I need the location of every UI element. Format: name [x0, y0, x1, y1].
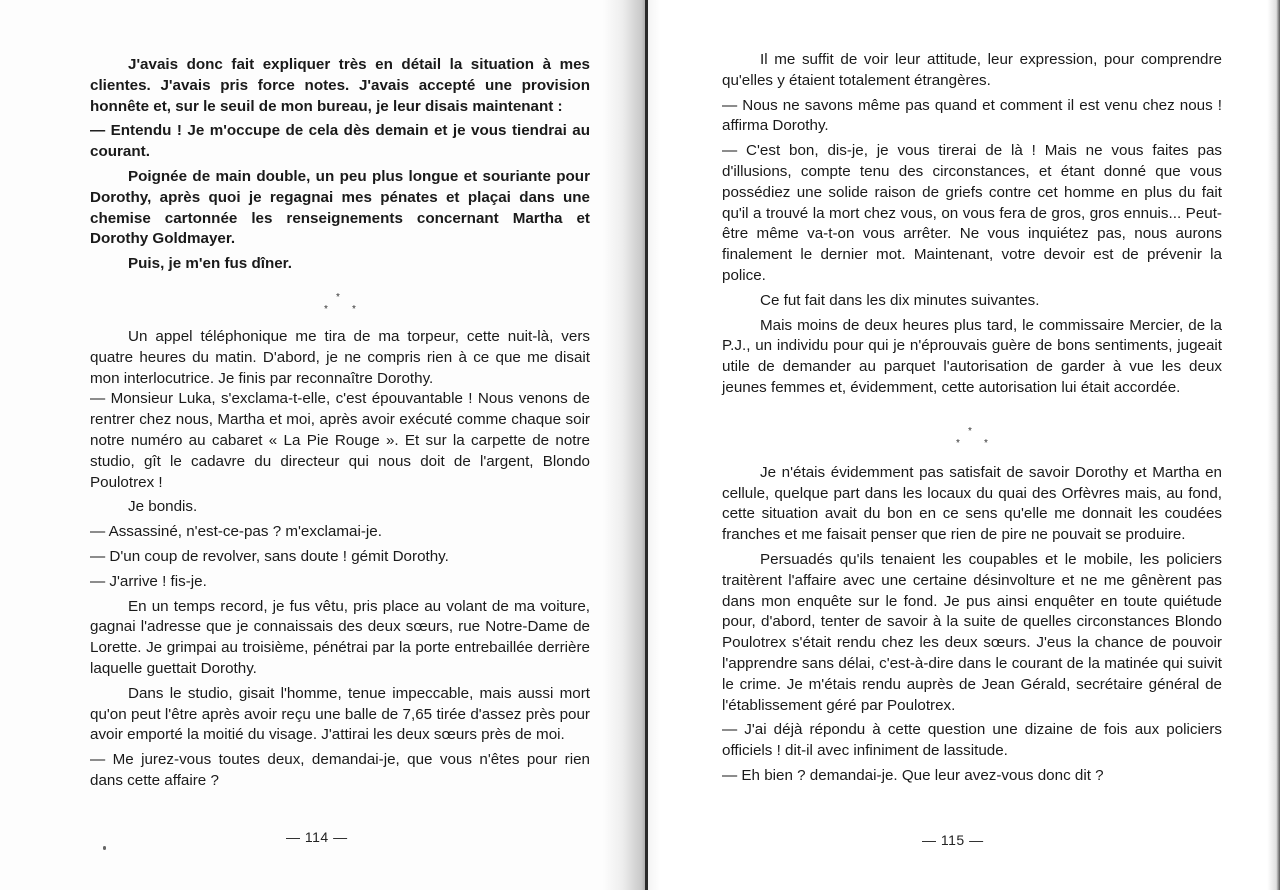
- dialog-line: — J'ai déjà répondu à cette question une…: [722, 720, 1222, 762]
- dialog-line: — Eh bien ? demandai-je. Que leur avez-v…: [722, 766, 1222, 787]
- right-page-text: Il me suffit de voir leur attitude, leur…: [722, 50, 1222, 791]
- paragraph: Je n'étais évidemment pas satisfait de s…: [722, 463, 1222, 546]
- paragraph: J'avais donc fait expliquer très en déta…: [90, 55, 590, 117]
- dialog-line: — D'un coup de revolver, sans doute ! gé…: [90, 547, 590, 568]
- dialog-line: — Nous ne savons même pas quand et comme…: [722, 96, 1222, 138]
- star-icon: *: [956, 439, 960, 449]
- dialog-line: — Me jurez-vous toutes deux, demandai-je…: [90, 750, 590, 792]
- section-separator: * * *: [90, 279, 590, 323]
- star-icon: *: [968, 427, 972, 437]
- dialog-line: — Assassiné, n'est-ce-pas ? m'exclamai-j…: [90, 522, 590, 543]
- star-icon: *: [336, 293, 340, 303]
- paragraph: Mais moins de deux heures plus tard, le …: [722, 316, 1222, 399]
- paragraph: Puis, je m'en fus dîner.: [90, 254, 590, 275]
- page-number: — 114 —: [286, 829, 348, 845]
- dialog-line: — Entendu ! Je m'occupe de cela dès dema…: [90, 121, 590, 163]
- paragraph: Je bondis.: [90, 497, 590, 518]
- book-spread: J'avais donc fait expliquer très en déta…: [0, 0, 1280, 890]
- paragraph: Il me suffit de voir leur attitude, leur…: [722, 50, 1222, 92]
- paragraph: En un temps record, je fus vêtu, pris pl…: [90, 597, 590, 680]
- paragraph: Un appel téléphonique me tira de ma torp…: [90, 327, 590, 389]
- paragraph: Dans le studio, gisait l'homme, tenue im…: [90, 684, 590, 746]
- paragraph: Persuadés qu'ils tenaient les coupables …: [722, 550, 1222, 716]
- book-spine: [645, 0, 648, 890]
- section-separator: * * *: [722, 403, 1222, 459]
- page-number: — 115 —: [922, 832, 984, 848]
- dialog-line: — Monsieur Luka, s'exclama-t-elle, c'est…: [90, 389, 590, 493]
- star-icon: *: [984, 439, 988, 449]
- paragraph: Poignée de main double, un peu plus long…: [90, 167, 590, 250]
- dialog-line: — C'est bon, dis-je, je vous tirerai de …: [722, 141, 1222, 287]
- scan-speck: [103, 846, 106, 850]
- paragraph: Ce fut fait dans les dix minutes suivant…: [722, 291, 1222, 312]
- star-icon: *: [352, 305, 356, 315]
- left-page-text: J'avais donc fait expliquer très en déta…: [90, 55, 590, 796]
- dialog-line: — J'arrive ! fis-je.: [90, 572, 590, 593]
- star-icon: *: [324, 305, 328, 315]
